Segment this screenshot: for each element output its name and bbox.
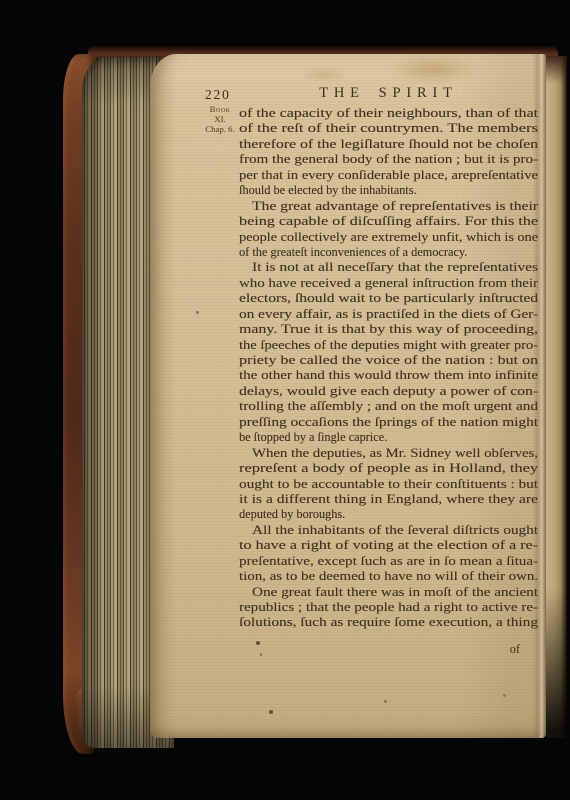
ink-speck — [260, 653, 262, 656]
text-line: who have received a general inſtruction … — [239, 276, 538, 291]
book-page: 220 THE SPIRIT Book XI. Chap. 6. of the … — [150, 54, 546, 738]
gutter-crease — [533, 54, 546, 738]
text-line: many. True it is that by this way of pro… — [239, 322, 538, 337]
text-line: being capable of diſcuſſing affairs. For… — [239, 214, 538, 229]
text-line: ſolutions, ſuch as require ſome executio… — [239, 615, 538, 630]
text-line: the ſpeeches of the deputies might with … — [239, 338, 538, 353]
text-line: deputed by boroughs. — [239, 507, 538, 522]
margin-note: Book XI. Chap. 6. — [200, 105, 240, 134]
ink-speck — [503, 694, 506, 697]
gutter-page-sliver — [546, 56, 567, 738]
text-line: preſentative, except ſuch as are in ſo m… — [239, 554, 538, 569]
text-line: be ſtopped by a ſingle caprice. — [239, 430, 538, 445]
catchword: of — [239, 642, 538, 657]
text-line: therefore of the legiſlature ſhould not … — [239, 137, 538, 152]
text-line: people collectively are extremely unfit,… — [239, 230, 538, 245]
text-line: The great advantage of repreſentatives i… — [239, 199, 538, 214]
text-line: of the greateſt inconveniences of a demo… — [239, 245, 538, 260]
text-line: of the capacity of their neighbours, tha… — [239, 106, 538, 121]
text-line: ſhould be elected by the inhabitants. — [239, 183, 538, 198]
book-photo: 220 THE SPIRIT Book XI. Chap. 6. of the … — [0, 0, 570, 800]
text-line: tion, as to be deemed to have no will of… — [239, 569, 538, 584]
ink-speck — [384, 700, 387, 703]
page-number: 220 — [205, 87, 231, 103]
text-line: trolling the aſſembly ; and on the moſt … — [239, 399, 538, 414]
ink-speck — [256, 641, 260, 645]
ink-speck — [269, 710, 273, 714]
text-line: priety be called the voice of the nation… — [239, 353, 538, 368]
foxing-stain — [388, 55, 480, 83]
text-line: per that in every conſiderable place, ar… — [239, 168, 538, 183]
text-line: to have a right of voting at the electio… — [239, 538, 538, 553]
running-title: THE SPIRIT — [239, 85, 538, 102]
text-line: When the deputies, as Mr. Sidney well ob… — [239, 446, 538, 461]
text-line: of the reſt of their countrymen. The mem… — [239, 121, 538, 136]
text-line: preſſing occaſions the ſprings of the na… — [239, 415, 538, 430]
ink-speck — [196, 311, 199, 314]
text-line: delays, would give each deputy a power o… — [239, 384, 538, 399]
text-line: republics ; that the people had a right … — [239, 600, 538, 615]
text-line: One great fault there was in moſt of the… — [239, 585, 538, 600]
text-line: electors, ſhould wait to be particularly… — [239, 291, 538, 306]
body-text: of the capacity of their neighbours, tha… — [239, 106, 538, 631]
text-line: repreſent a body of people as in Holland… — [239, 461, 538, 476]
text-line: All the inhabitants of the ſeveral diſtr… — [239, 523, 538, 538]
text-line: it is a different thing in England, wher… — [239, 492, 538, 507]
margin-note-chapter: Chap. 6. — [200, 125, 240, 135]
text-line: the other hand this would throw them int… — [239, 368, 538, 383]
foxing-stain — [302, 67, 346, 81]
text-line: on every affair, as is practiſed in the … — [239, 307, 538, 322]
text-line: from the general body of the nation ; bu… — [239, 152, 538, 167]
text-line: ought to be accountable to their conſtit… — [239, 477, 538, 492]
text-line: It is not at all neceſſary that the repr… — [239, 260, 538, 275]
